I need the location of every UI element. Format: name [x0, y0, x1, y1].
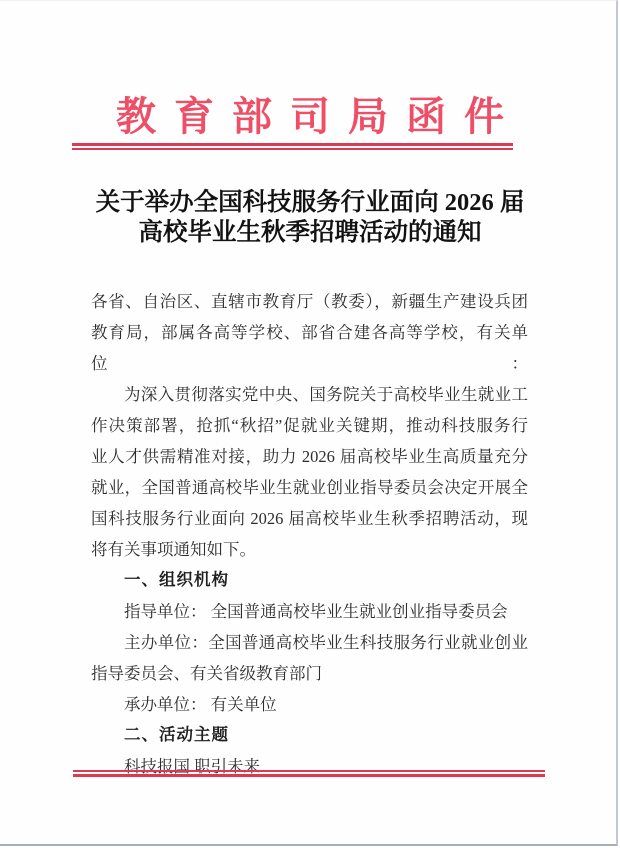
body-line: 业人才供需精准对接，助力 2026 届高校毕业生高质量充分: [91, 441, 528, 472]
body-line: 各省、自治区、直辖市教育厅（教委），新疆生产建设兵团: [91, 286, 528, 317]
letterhead-divider-rule: [72, 143, 513, 150]
body-line: 作决策部署，抢抓“秋招”促就业关键期，推动科技服务行: [91, 410, 528, 441]
body-line: 国科技服务行业面向 2026 届高校毕业生秋季招聘活动，现: [91, 503, 528, 534]
letterhead-title: 教育部司局函件: [0, 85, 620, 142]
body-line: 科技报国 职引未来: [91, 751, 528, 782]
body-line: 教育局，部属各高等学校、部省合建各高等学校，有关单位：: [91, 317, 528, 379]
body-line: 将有关事项通知如下。: [91, 534, 528, 565]
body-line: 就业，全国普通高校毕业生就业创业指导委员会决定开展全: [91, 472, 528, 503]
document-title-line-2: 高校毕业生秋季招聘活动的通知: [0, 218, 620, 248]
footer-divider-rule: [73, 770, 545, 777]
section-heading-1: 一、组织机构: [91, 565, 528, 596]
document-title-line-1: 关于举办全国科技服务行业面向 2026 届: [0, 188, 620, 218]
body-line: 主办单位：全国普通高校毕业生科技服务行业就业创业: [91, 627, 528, 658]
document-body: 各省、自治区、直辖市教育厅（教委），新疆生产建设兵团 教育局，部属各高等学校、部…: [91, 286, 528, 782]
section-heading-2: 二、活动主题: [91, 720, 528, 751]
body-line: 为深入贯彻落实党中央、国务院关于高校毕业生就业工: [91, 379, 528, 410]
document-title: 关于举办全国科技服务行业面向 2026 届 高校毕业生秋季招聘活动的通知: [0, 188, 620, 248]
body-line: 指导单位： 全国普通高校毕业生就业创业指导委员会: [91, 596, 528, 627]
divider-thick-line: [73, 774, 545, 777]
body-line: 承办单位： 有关单位: [91, 689, 528, 720]
divider-thin-line: [72, 148, 513, 150]
body-line: 指导委员会、有关省级教育部门: [91, 658, 528, 689]
scanned-document: 教育部司局函件 关于举办全国科技服务行业面向 2026 届 高校毕业生秋季招聘活…: [0, 0, 620, 848]
